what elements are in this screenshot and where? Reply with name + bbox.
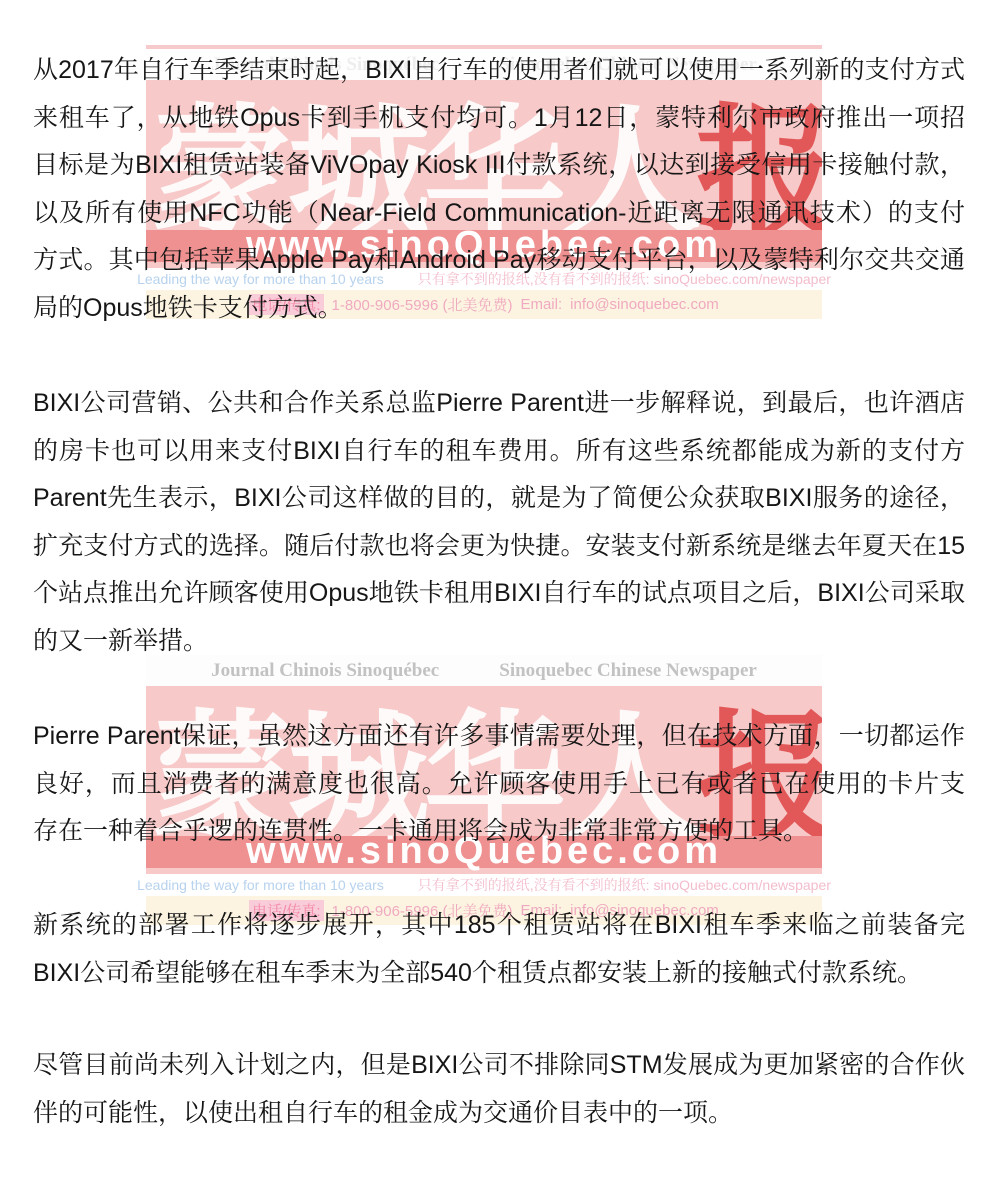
text-line: 扩充支付方式的选择。随后付款也将会更为快捷。安装支付新系统是继去年夏天在15 bbox=[33, 523, 965, 571]
text-line: 目标是为BIXI租赁站装备ViVOpay Kiosk III付款系统，以达到接受… bbox=[33, 142, 965, 190]
paragraph-1: 从2017年自行车季结束时起，BIXI自行车的使用者们就可以使用一系列新的支付方… bbox=[33, 47, 965, 332]
text-line: 新系统的部署工作将逐步展开，其中185个租赁站将在BIXI租车季来临之前装备完成… bbox=[33, 902, 965, 950]
watermark-tagline-strip: Leading the way for more than 10 years 只… bbox=[146, 874, 822, 896]
text-line: 的又一新举措。 bbox=[33, 618, 965, 666]
text-line: 以及所有使用NFC功能（Near-Field Communication-近距离… bbox=[33, 190, 965, 238]
text-line: 良好，而且消费者的满意度也很高。允许顾客使用手上已有或者已在使用的卡片支付， bbox=[33, 761, 965, 809]
text-line: 方式。其中包括苹果Apple Pay和Android Pay移动支付平台，以及蒙… bbox=[33, 237, 965, 285]
text-line: 从2017年自行车季结束时起，BIXI自行车的使用者们就可以使用一系列新的支付方… bbox=[33, 47, 965, 95]
text-line: Pierre Parent保证，虽然这方面还有许多事情需要处理，但在技术方面，一… bbox=[33, 713, 965, 761]
text-line: 的房卡也可以用来支付BIXI自行车的租车费用。所有这些系统都能成为新的支付方式。 bbox=[33, 428, 965, 476]
paragraph-2: BIXI公司营销、公共和合作关系总监Pierre Parent进一步解释说，到最… bbox=[33, 380, 965, 665]
article-page: { "watermark": { "journal_fr": "Journal … bbox=[0, 0, 997, 1183]
paragraph-4: 新系统的部署工作将逐步展开，其中185个租赁站将在BIXI租车季来临之前装备完成… bbox=[33, 902, 965, 997]
text-line: 伴的可能性，以使出租自行车的租金成为交通价目表中的一项。 bbox=[33, 1090, 965, 1138]
text-line: 存在一种着合乎逻的连贯性。一卡通用将会成为非常非常方便的工具。 bbox=[33, 808, 965, 856]
paragraph-5: 尽管目前尚未列入计划之内，但是BIXI公司不排除同STM发展成为更加紧密的合作伙… bbox=[33, 1042, 965, 1137]
text-line: 个站点推出允许顾客使用Opus地铁卡租用BIXI自行车的试点项目之后，BIXI公… bbox=[33, 570, 965, 618]
text-line: 局的Opus地铁卡支付方式。 bbox=[33, 285, 965, 333]
text-line: BIXI公司希望能够在租车季末为全部540个租赁点都安装上新的接触式付款系统。 bbox=[33, 950, 965, 998]
text-line: 来租车了，从地铁Opus卡到手机支付均可。1月12日，蒙特利尔市政府推出一项招标… bbox=[33, 95, 965, 143]
text-line: 尽管目前尚未列入计划之内，但是BIXI公司不排除同STM发展成为更加紧密的合作伙 bbox=[33, 1042, 965, 1090]
tagline-english: Leading the way for more than 10 years bbox=[137, 877, 384, 893]
text-line: Parent先生表示，BIXI公司这样做的目的，就是为了简便公众获取BIXI服务… bbox=[33, 475, 965, 523]
tagline-chinese: 只有拿不到的报纸,没有看不到的报纸: sinoQuebec.com/newspa… bbox=[418, 875, 831, 895]
paragraph-3: Pierre Parent保证，虽然这方面还有许多事情需要处理，但在技术方面，一… bbox=[33, 713, 965, 856]
text-line: BIXI公司营销、公共和合作关系总监Pierre Parent进一步解释说，到最… bbox=[33, 380, 965, 428]
